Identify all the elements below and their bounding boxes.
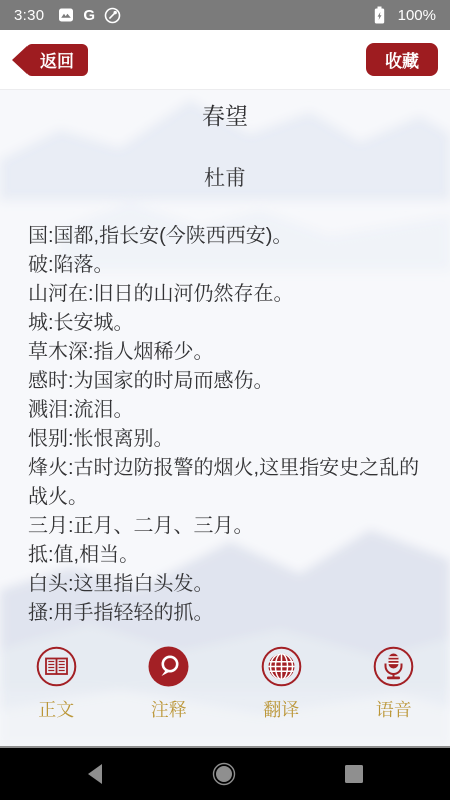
content-area: 春望 杜甫 国:国都,指长安(今陕西西安)。破:陷落。山河在:旧日的山河仍然存在… [0, 90, 450, 746]
back-button[interactable]: 返回 [26, 44, 88, 76]
nav-label-annotation: 注释 [151, 700, 187, 720]
globe-icon [261, 646, 302, 692]
annotation-line: 搔:用手指轻轻的抓。 [28, 599, 426, 628]
battery-percent: 100% [398, 7, 436, 24]
annotation-bubble-icon [148, 646, 189, 692]
annotation-line: 城:长安城。 [28, 309, 426, 338]
android-navigation-bar [0, 746, 450, 800]
annotation-list: 国:国都,指长安(今陕西西安)。破:陷落。山河在:旧日的山河仍然存在。城:长安城… [0, 222, 438, 628]
google-notification-icon: G [83, 7, 95, 24]
nav-label-main-text: 正文 [38, 700, 74, 720]
app-screen: 3:30 G 100% 返回 收藏 [0, 0, 450, 800]
recents-square-icon[interactable] [344, 764, 364, 784]
clock: 3:30 [14, 7, 44, 24]
annotation-line: 白头:这里指白头发。 [28, 570, 426, 599]
poem-title: 春望 [0, 100, 450, 132]
back-button-label: 返回 [40, 52, 74, 71]
back-arrow-icon [12, 46, 27, 74]
nav-item-main-text[interactable]: 正文 [0, 646, 113, 720]
back-triangle-icon[interactable] [86, 763, 104, 785]
annotation-line: 山河在:旧日的山河仍然存在。 [28, 280, 426, 309]
annotation-line: 三月:正月、二月、三月。 [28, 512, 426, 541]
status-bar: 3:30 G 100% [0, 0, 450, 30]
nav-label-voice: 语音 [376, 700, 412, 720]
favorite-button[interactable]: 收藏 [366, 43, 438, 76]
poem-author: 杜甫 [0, 164, 450, 194]
battery-charging-icon [374, 6, 385, 24]
bottom-nav: 正文 注释 [0, 646, 450, 720]
nav-item-annotation[interactable]: 注释 [113, 646, 226, 720]
nav-item-translation[interactable]: 翻译 [225, 646, 338, 720]
nav-label-translation: 翻译 [263, 700, 299, 720]
book-icon [36, 646, 77, 692]
photo-notification-icon [58, 7, 74, 23]
annotation-line: 破:陷落。 [28, 251, 426, 280]
annotation-line: 抵:值,相当。 [28, 541, 426, 570]
annotation-line: 烽火:古时边防报警的烟火,这里指安史之乱的战火。 [28, 454, 426, 512]
annotation-line: 溅泪:流泪。 [28, 396, 426, 425]
annotation-line: 恨别:怅恨离别。 [28, 425, 426, 454]
app-notification-icon [104, 7, 121, 24]
home-circle-icon[interactable] [212, 762, 236, 786]
app-header: 返回 收藏 [0, 30, 450, 90]
microphone-icon [373, 646, 414, 692]
annotation-line: 国:国都,指长安(今陕西西安)。 [28, 222, 426, 251]
nav-item-voice[interactable]: 语音 [338, 646, 450, 720]
annotation-line: 草木深:指人烟稀少。 [28, 338, 426, 367]
annotation-line: 感时:为国家的时局而感伤。 [28, 367, 426, 396]
